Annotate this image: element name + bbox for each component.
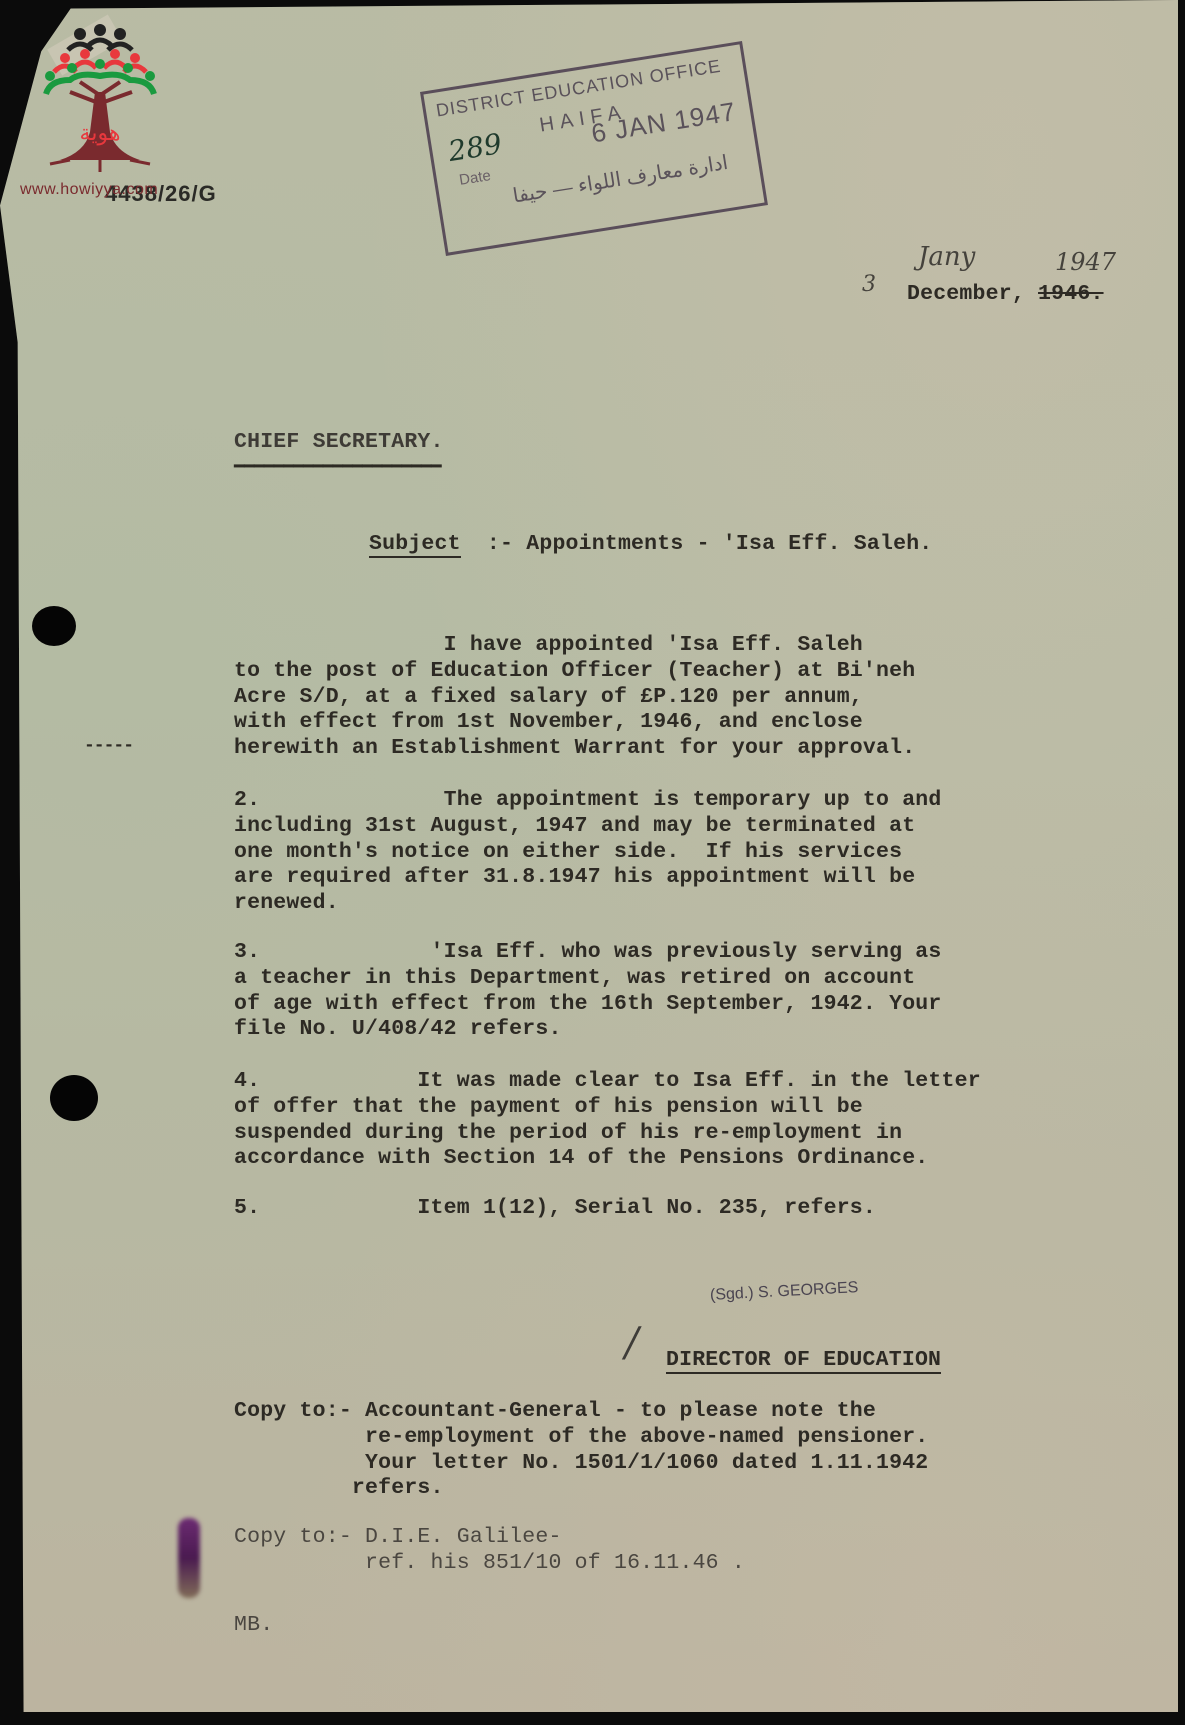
p4-line: accordance with Section 14 of the Pensio… xyxy=(234,1146,981,1172)
p4-line: of offer that the payment of his pension… xyxy=(234,1095,981,1121)
handwritten-year: 1947 xyxy=(1055,248,1116,276)
paragraph-2: 2. The appointment is temporary up to an… xyxy=(234,788,942,917)
p1-line: I have appointed 'Isa Eff. Saleh xyxy=(234,633,915,659)
date-month: December, xyxy=(907,282,1025,306)
stamp-arabic: ادارة معارف اللواء — حيفا xyxy=(479,150,730,214)
p1-line: Acre S/D, at a fixed salary of £P.120 pe… xyxy=(234,685,915,711)
howiyya-logo-icon: هوية xyxy=(40,22,160,182)
p2-line: one month's notice on either side. If hi… xyxy=(234,840,942,866)
p1-line: to the post of Education Officer (Teache… xyxy=(234,659,915,685)
p5-line: 5. Item 1(12), Serial No. 235, refers. xyxy=(234,1196,876,1222)
paragraph-3: 3. 'Isa Eff. who was previously serving … xyxy=(234,940,942,1043)
copy2-line: ref. his 851/10 of 16.11.46 . xyxy=(234,1551,745,1577)
addressee: CHIEF SECRETARY. xyxy=(234,430,444,456)
signatory-title: DIRECTOR OF EDUCATION xyxy=(666,1348,941,1374)
copy1-line: Your letter No. 1501/1/1060 dated 1.11.1… xyxy=(234,1451,928,1477)
punch-hole-bottom xyxy=(50,1075,98,1121)
handwritten-month: Jany xyxy=(918,242,975,272)
paragraph-1: I have appointed 'Isa Eff. Salehto the p… xyxy=(234,633,915,762)
copy-to-die-galilee: Copy to:- D.I.E. Galilee- ref. his 851/1… xyxy=(234,1525,745,1577)
copy1-line: re-employment of the above-named pension… xyxy=(234,1425,928,1451)
p4-line: 4. It was made clear to Isa Eff. in the … xyxy=(234,1069,981,1095)
copy2-line: Copy to:- D.I.E. Galilee- xyxy=(234,1525,745,1551)
copy1-line: Copy to:- Accountant-General - to please… xyxy=(234,1399,928,1425)
date-year-struck: 1946. xyxy=(1038,282,1104,306)
ink-mark xyxy=(178,1518,200,1598)
signature-initial: / xyxy=(625,1320,638,1366)
p3-line: 3. 'Isa Eff. who was previously serving … xyxy=(234,940,942,966)
typist-initials: MB. xyxy=(234,1613,273,1639)
handwritten-day: 3 xyxy=(862,272,876,297)
stamp-date-label: Date xyxy=(458,167,492,189)
paragraph-4: 4. It was made clear to Isa Eff. in the … xyxy=(234,1069,981,1172)
punch-hole-top xyxy=(32,606,76,646)
p1-line: with effect from 1st November, 1946, and… xyxy=(234,710,915,736)
svg-text:هوية: هوية xyxy=(80,121,121,146)
signatory-title-text: DIRECTOR OF EDUCATION xyxy=(666,1348,941,1374)
subject-sep: :- xyxy=(461,532,513,556)
subject-label: Subject xyxy=(369,532,461,558)
watermark-url: www.howiyya.com xyxy=(20,181,158,199)
copy1-line: refers. xyxy=(234,1476,928,1502)
p3-line: of age with effect from the 16th Septemb… xyxy=(234,992,942,1018)
stamp-number: 289 xyxy=(446,127,504,168)
p2-line: are required after 31.8.1947 his appoint… xyxy=(234,865,942,891)
p2-line: renewed. xyxy=(234,891,942,917)
letter-date: December, 1946. xyxy=(907,282,1104,308)
subject-text: Appointments - 'Isa Eff. Saleh. xyxy=(513,532,932,556)
copy-to-accountant-general: Copy to:- Accountant-General - to please… xyxy=(234,1399,928,1502)
subject-line: Subject :- Appointments - 'Isa Eff. Sale… xyxy=(369,532,932,558)
p2-line: 2. The appointment is temporary up to an… xyxy=(234,788,942,814)
margin-mark: ----- xyxy=(84,736,133,756)
addressee-underline: ━━━━━━━━━━━━━━━━━━━━━ xyxy=(234,456,441,478)
p2-line: including 31st August, 1947 and may be t… xyxy=(234,814,942,840)
p3-line: a teacher in this Department, was retire… xyxy=(234,966,942,992)
p3-line: file No. U/408/42 refers. xyxy=(234,1017,942,1043)
p1-line: herewith an Establishment Warrant for yo… xyxy=(234,736,915,762)
p4-line: suspended during the period of his re-em… xyxy=(234,1121,981,1147)
paragraph-5: 5. Item 1(12), Serial No. 235, refers. xyxy=(234,1196,876,1222)
